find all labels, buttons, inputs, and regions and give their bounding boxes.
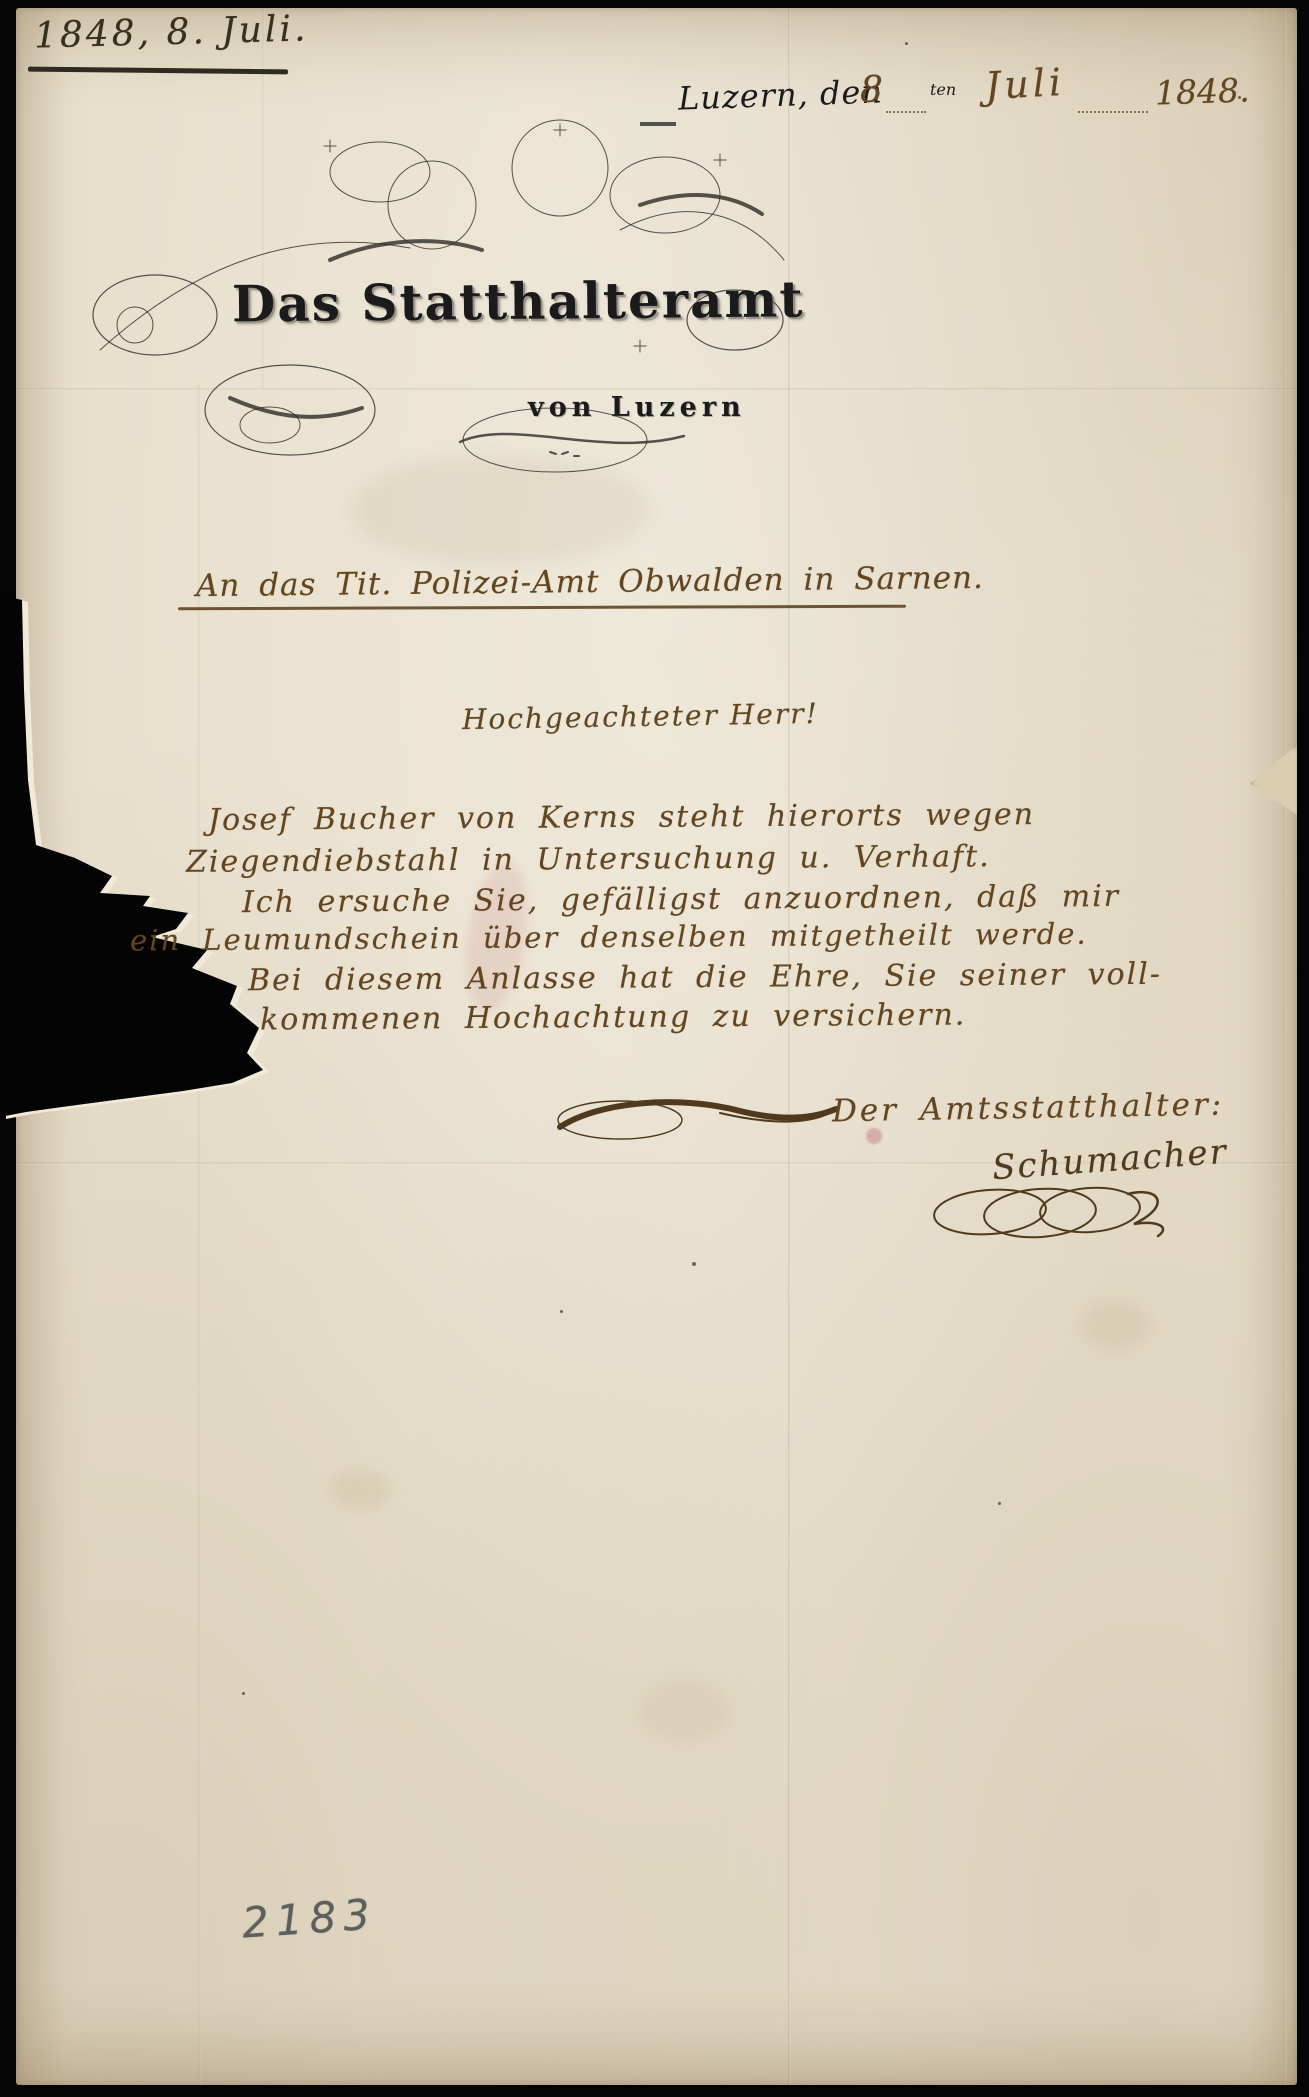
speck (905, 42, 908, 45)
signature-paraph-icon (928, 1180, 1188, 1250)
archival-note: 1848, 8. Juli. (34, 8, 309, 56)
letterhead-title: Das Statthalteramt (232, 270, 772, 334)
body-line: Ziegendiebstahl in Untersuchung u. Verha… (186, 839, 991, 880)
dateline-leader (1078, 110, 1148, 113)
dateline-day: 8 (860, 70, 883, 111)
vertical-fold-line (1283, 8, 1286, 2085)
closing-role: Der Amtsstatthalter: (832, 1087, 1225, 1130)
closing-swash-icon (540, 1085, 840, 1140)
vertical-fold-line (198, 385, 201, 2085)
archive-number: 2183 (240, 1889, 378, 1947)
speck (998, 1502, 1001, 1505)
speck (560, 1310, 563, 1313)
scanned-letter: 1848, 8. Juli. Luzern, den 8 ten Juli 18… (0, 0, 1309, 2097)
letterhead-subtitle: von Luzern (528, 392, 746, 423)
dateline-year: 1848. (1154, 70, 1250, 112)
speck (242, 1692, 245, 1695)
body-line: Ich ersuche Sie, gefälligst anzuordnen, … (242, 879, 1120, 920)
salutation: Hochgeachteter Herr! (462, 697, 819, 736)
body-line: Bei diesem Anlasse hat die Ehre, Sie sei… (248, 957, 1162, 998)
dateline-ordinal: ten (930, 80, 956, 99)
body-line: Josef Bucher von Kerns steht hierorts we… (208, 797, 1035, 838)
speck (692, 1262, 696, 1266)
body-line: kommenen Hochachtung zu versichern. (260, 998, 967, 1038)
body-line: ein Leumundschein über denselben mitgeth… (130, 917, 1088, 958)
dateline-leader (886, 110, 926, 113)
dateline-month: Juli (984, 60, 1066, 108)
